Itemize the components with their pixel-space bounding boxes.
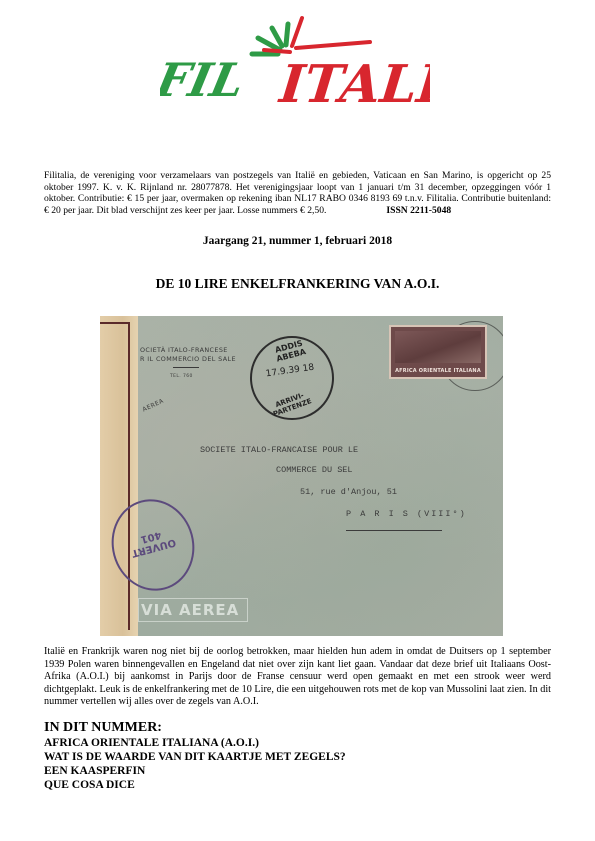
article-title: DE 10 LIRE ENKELFRANKERING VAN A.O.I. <box>0 276 595 292</box>
stamp-image <box>395 331 481 363</box>
sender-line-2: R IL COMMERCIO DEL SALE <box>140 355 236 364</box>
toc-item: WAT IS DE WAARDE VAN DIT KAARTJE MET ZEG… <box>44 750 346 764</box>
address-line-3: 51, rue d'Anjou, 51 <box>300 488 397 497</box>
logo-text-fil: FIL <box>160 52 249 106</box>
issue-line: Jaargang 21, nummer 1, februari 2018 <box>0 235 595 247</box>
sender-tel: TEL. 760 <box>170 372 236 381</box>
association-info-text: Filitalia, de vereniging voor verzamelaa… <box>44 170 551 216</box>
envelope-photo: OCIETÀ ITALO-FRANCESE R IL COMMERCIO DEL… <box>100 316 503 636</box>
censor-strip <box>100 316 138 636</box>
sender-rule <box>173 367 199 368</box>
toc-item: EEN KAASPERFIN <box>44 764 346 778</box>
toc-heading: IN DIT NUMMER: <box>44 720 346 736</box>
article-intro-paragraph: Italië en Frankrijk waren nog niet bij d… <box>44 646 551 709</box>
address-line-4: P A R I S (VIII°) <box>346 510 467 519</box>
toc-item: AFRICA ORIENTALE ITALIANA (A.O.I.) <box>44 736 346 750</box>
logo-graphic: FIL ITALIA <box>160 10 430 120</box>
address-line-2: COMMERCE DU SEL <box>276 466 353 475</box>
addis-abeba-postmark: ADDIS ABEBA 17.9.39 18 ARRIVI-PARTENZE <box>250 336 334 420</box>
sender-line-1: OCIETÀ ITALO-FRANCESE <box>140 346 236 355</box>
sender-imprint: OCIETÀ ITALO-FRANCESE R IL COMMERCIO DEL… <box>140 346 236 381</box>
address-underline <box>346 530 442 531</box>
censor-strip-topline <box>100 322 130 324</box>
issn: ISSN 2211-5048 <box>386 205 451 216</box>
filitalia-logo: FIL ITALIA <box>160 10 430 120</box>
table-of-contents: IN DIT NUMMER: AFRICA ORIENTALE ITALIANA… <box>44 720 346 792</box>
association-info: Filitalia, de vereniging voor verzamelaa… <box>44 170 551 216</box>
censor-strip-line <box>128 322 130 630</box>
stamp-label: AFRICA ORIENTALE ITALIANA <box>391 368 485 374</box>
address-line-1: SOCIETE ITALO-FRANCAISE POUR LE <box>200 446 358 455</box>
postage-stamp: AFRICA ORIENTALE ITALIANA <box>389 325 487 379</box>
logo-text-italia: ITALIA <box>275 54 430 115</box>
via-aerea-label: VIA AEREA <box>138 598 248 622</box>
censor-stamp-text: OUVERT 401 <box>121 524 183 560</box>
toc-item: QUE COSA DICE <box>44 778 346 792</box>
